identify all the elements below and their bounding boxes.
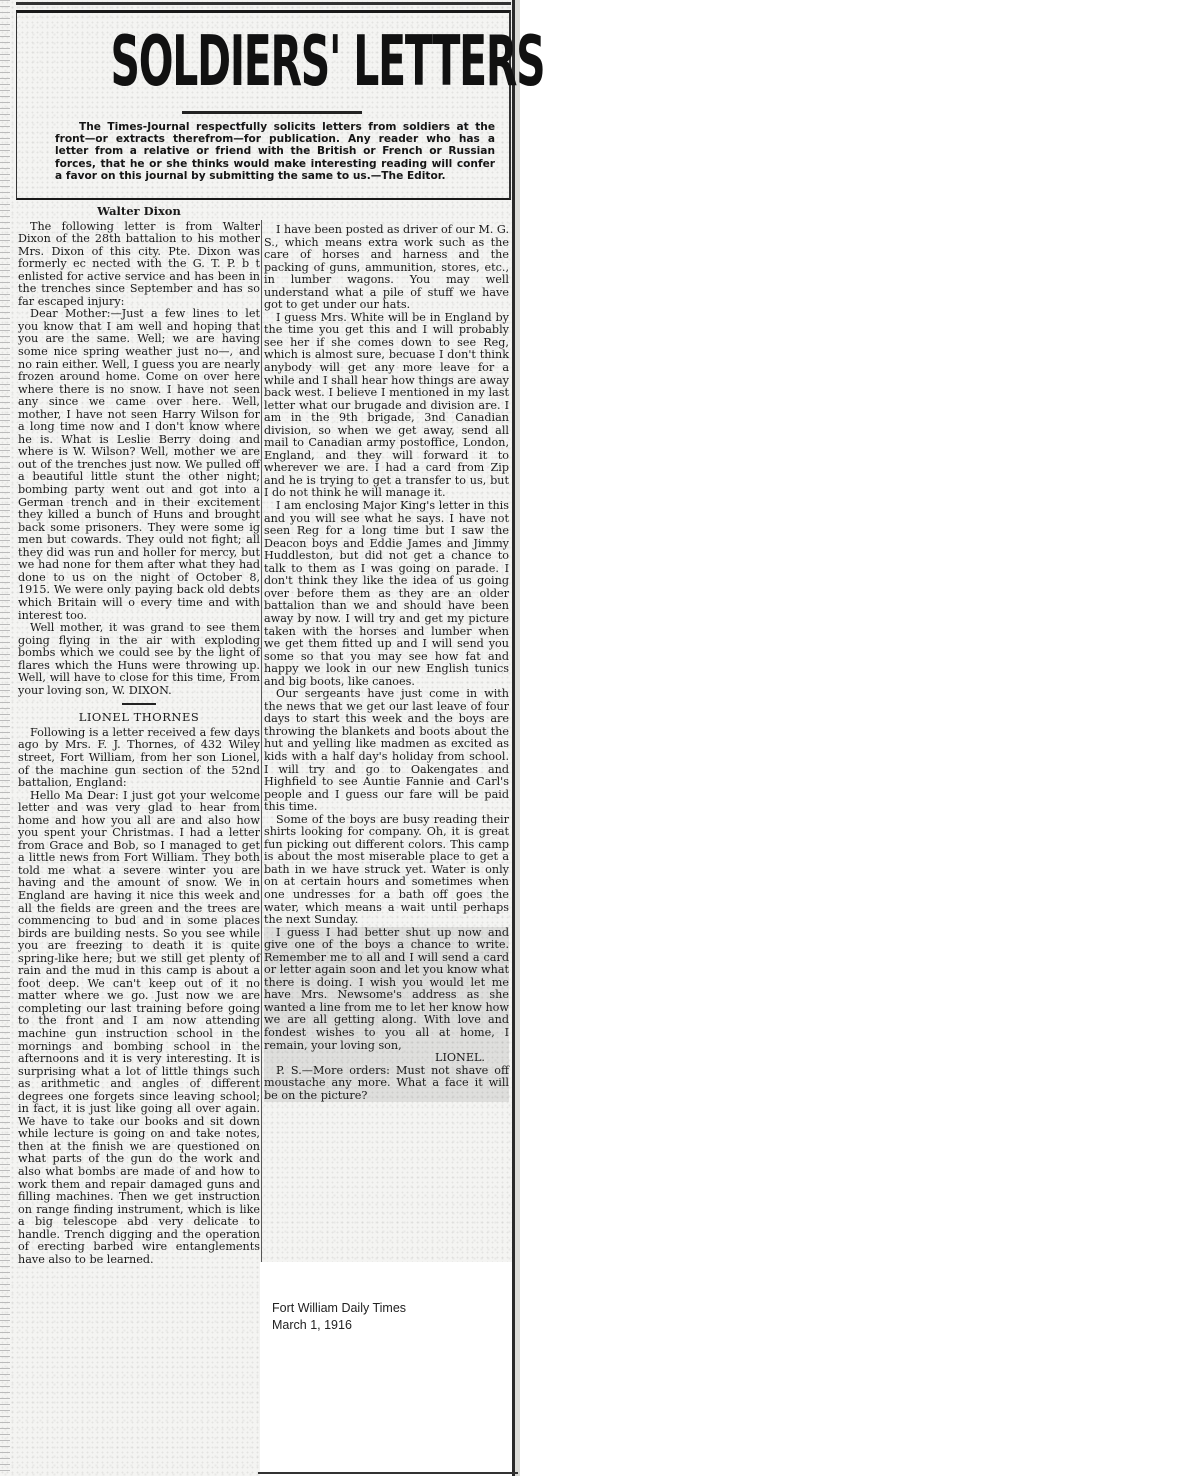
newspaper-clipping: SOLDIERS' LETTERS The Times-Journal resp… [0,0,518,1476]
editor-notice: The Times-Journal respectfully solicits … [55,121,495,182]
publication-name: Fort William Daily Times [272,1300,406,1317]
letter-paragraph: I have been posted as driver of our M. G… [264,224,509,312]
section-separator [122,703,156,705]
top-rule [16,2,511,5]
publication-date: March 1, 1916 [272,1317,406,1334]
left-column: Walter Dixon The following letter is fro… [18,205,260,1266]
intro-paragraph: Following is a letter received a few day… [18,727,260,790]
caption-panel [260,1262,512,1476]
letter-heading-dixon: Walter Dixon [18,205,260,218]
signature: LIONEL. [264,1052,509,1065]
letter-paragraph: Some of the boys are busy reading their … [264,814,509,927]
masthead-title: SOLDIERS' LETTERS [110,21,415,102]
letter-paragraph-closing: I guess I had better shut up now and giv… [264,927,509,1052]
letter-paragraph: Our sergeants have just come in with the… [264,688,509,813]
letter-paragraph: Hello Ma Dear: I just got your welcome l… [18,790,260,1267]
letter-paragraph: I guess Mrs. White will be in England by… [264,312,509,500]
letter-paragraph: Well mother, it was grand to see them go… [18,622,260,697]
letter-paragraph: Dear Mother:—Just a few lines to let you… [18,308,260,622]
bottom-rule [258,1472,518,1474]
header-box: SOLDIERS' LETTERS The Times-Journal resp… [16,10,511,200]
scan-edge [0,0,10,1476]
right-column: I have been posted as driver of our M. G… [264,224,509,1102]
column-divider [261,220,262,1265]
postscript: P. S.—More orders: Must not shave off mo… [264,1065,509,1103]
adjacent-column-strip [515,0,520,1476]
intro-paragraph: The following letter is from Walter Dixo… [18,221,260,309]
masthead-rule [182,111,362,114]
letter-heading-thornes: LIONEL THORNES [18,711,260,724]
source-caption: Fort William Daily Times March 1, 1916 [272,1300,406,1334]
letter-paragraph: I am enclosing Major King's letter in th… [264,500,509,688]
